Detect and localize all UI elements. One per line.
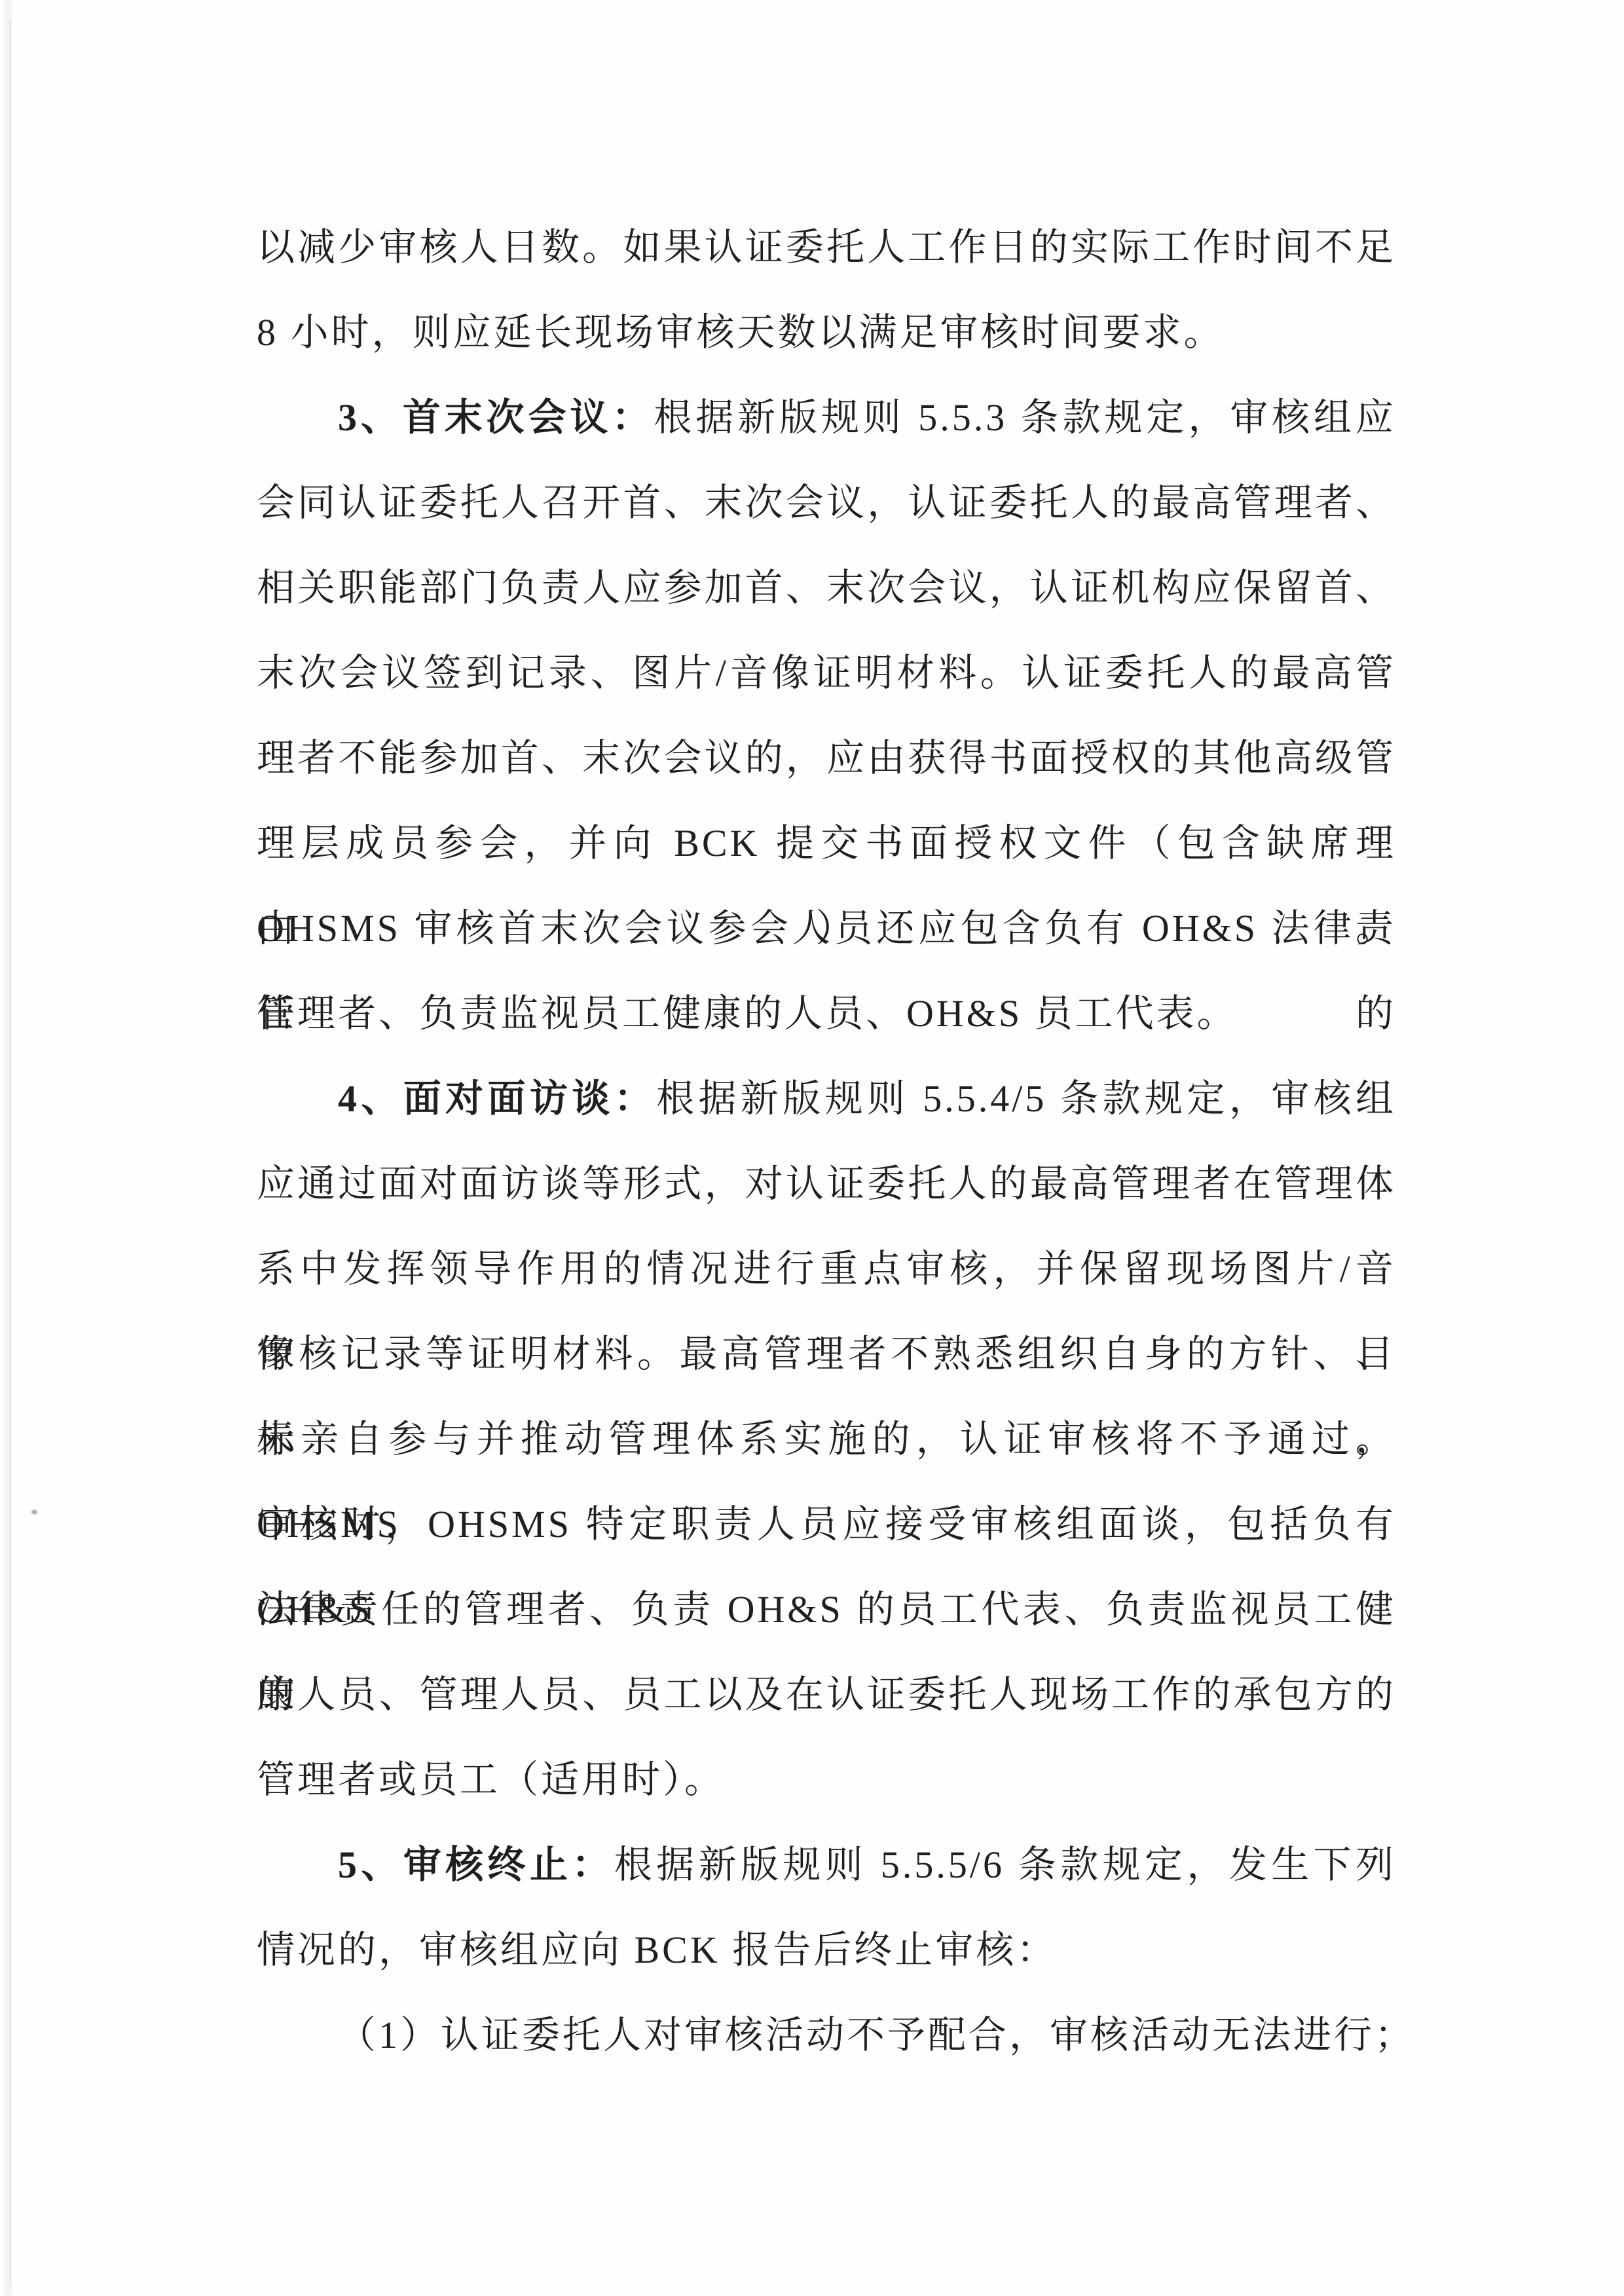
text-line: 审核记录等证明材料。最高管理者不熟悉组织自身的方针、目标， xyxy=(257,1312,1396,1397)
document-body: 以减少审核人日数。如果认证委托人工作日的实际工作时间不足 8 小时，则应延长现场… xyxy=(257,205,1396,2078)
text-line: 8 小时，则应延长现场审核天数以满足审核时间要求。 xyxy=(257,290,1396,375)
paragraph-text: 根据新版规则 5.5.5/6 条款规定，发生下列 xyxy=(614,1843,1396,1886)
text-line: 相关职能部门负责人应参加首、末次会议，认证机构应保留首、 xyxy=(257,546,1396,631)
text-line: 的人员、管理人员、员工以及在认证委托人现场工作的承包方的 xyxy=(257,1652,1396,1737)
text-line: 应通过面对面访谈等形式，对认证委托人的最高管理者在管理体 xyxy=(257,1141,1396,1227)
scanned-document-page: 以减少审核人日数。如果认证委托人工作日的实际工作时间不足 8 小时，则应延长现场… xyxy=(0,0,1624,2296)
scan-speck-artifact xyxy=(31,1510,37,1514)
text-line: 5、审核终止：根据新版规则 5.5.5/6 条款规定，发生下列 xyxy=(257,1823,1396,1908)
text-line: 管理者、负责监视员工健康的人员、OH&S 员工代表。 xyxy=(257,971,1396,1056)
text-line: 审核时，OHSMS 特定职责人员应接受审核组面谈，包括负有 OH&S xyxy=(257,1482,1396,1567)
text-line: 以减少审核人日数。如果认证委托人工作日的实际工作时间不足 xyxy=(257,205,1396,290)
paragraph-text: 根据新版规则 5.5.4/5 条款规定，审核组 xyxy=(656,1077,1396,1120)
paragraph-heading: 4、面对面访谈： xyxy=(338,1077,656,1120)
text-line: 管理者或员工（适用时）。 xyxy=(257,1737,1396,1823)
text-line: 未亲自参与并推动管理体系实施的，认证审核将不予通过。OHSMS xyxy=(257,1397,1396,1482)
text-line: 理层成员参会，并向 BCK 提交书面授权文件（包含缺席理由）。 xyxy=(257,801,1396,886)
text-line: 3、首末次会议：根据新版规则 5.5.3 条款规定，审核组应 xyxy=(257,375,1396,460)
scan-edge-line-artifact xyxy=(9,20,11,2286)
text-line: 会同认证委托人召开首、末次会议，认证委托人的最高管理者、 xyxy=(257,460,1396,546)
paragraph-heading: 3、首末次会议： xyxy=(338,396,654,439)
text-line: OHSMS 审核首末次会议参会人员还应包含负有 OH&S 法律责任的 xyxy=(257,886,1396,971)
text-line: （1）认证委托人对审核活动不予配合，审核活动无法进行； xyxy=(257,1993,1396,2078)
text-line: 法律责任的管理者、负责 OH&S 的员工代表、负责监视员工健康 xyxy=(257,1567,1396,1652)
paragraph-heading: 5、审核终止： xyxy=(338,1843,614,1886)
text-line: 理者不能参加首、末次会议的，应由获得书面授权的其他高级管 xyxy=(257,716,1396,801)
text-line: 情况的，审核组应向 BCK 报告后终止审核： xyxy=(257,1908,1396,1993)
text-line: 末次会议签到记录、图片/音像证明材料。认证委托人的最高管 xyxy=(257,631,1396,716)
paragraph-text: 根据新版规则 5.5.3 条款规定，审核组应 xyxy=(654,396,1396,439)
text-line: 4、面对面访谈：根据新版规则 5.5.4/5 条款规定，审核组 xyxy=(257,1056,1396,1141)
text-line: 系中发挥领导作用的情况进行重点审核，并保留现场图片/音像、 xyxy=(257,1227,1396,1312)
